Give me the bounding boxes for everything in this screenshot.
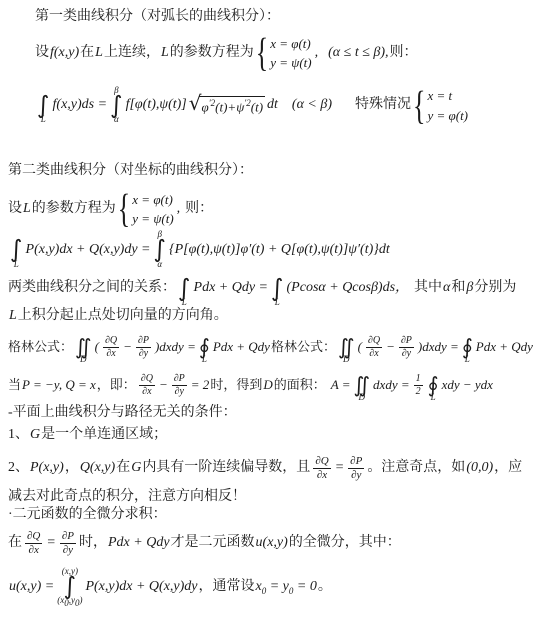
integral: ∬D [353,367,370,404]
fraction: ∂Q∂x [139,373,155,398]
math-run: A = [330,378,352,393]
integral: β∫α [154,230,167,269]
math-run: P(x,y)dx + Q(x,y)dy = [25,242,152,258]
integral-sign: ∮ [199,339,210,356]
fraction: ∂Q∂x [103,335,119,360]
math-run: − [385,340,396,355]
math-notes-page: 第一类曲线积分（对弧长的曲线积分）： 设f(x,y)在L上连续，L的参数方程为{… [0,0,558,619]
numerator: ∂Q [313,455,330,469]
math-run: P(x,y) [29,460,65,476]
case-row: y = ψ(t) [132,209,173,229]
lower-limit: L [275,298,280,308]
line-relation-continued: L上积分起止点处切向量的方向角。 [8,308,550,324]
numerator: ∂P [399,335,414,348]
math-run: (α < β) [291,97,333,113]
math-run: f(x,y)ds = [52,97,109,113]
numerator: ∂P [348,455,364,469]
text-run: 在 [80,45,94,61]
integral: ∫L [37,86,50,125]
math-run: (Pcosα + Qcosβ)ds， [286,280,411,296]
math-run: L [22,201,32,217]
math-run: )dxdy = [417,340,460,355]
numerator: ∂Q [103,335,119,348]
integral: ∬D [338,329,355,366]
left-brace-icon: { [118,189,130,229]
integral: (x,y)∫(x0,y0) [57,567,82,608]
integral-sign: ∬ [353,377,370,394]
line-sec1-title: 第一类曲线积分（对弧长的曲线积分）： [8,9,550,25]
math-run: xdy − ydx [441,378,494,393]
denominator: ∂y [349,469,363,482]
math-run: β [465,280,474,296]
text-run: 两类曲线积分之间的关系： [8,280,176,296]
fraction: ∂Q∂x [366,335,382,360]
math-run: ( [94,340,100,355]
subscript: 0 [289,586,294,596]
integral-sign: ∫ [271,279,284,298]
radicand: φ′2(t)+ψ′2(t) [199,96,265,115]
case-row: y = φ(t) [428,106,469,126]
text-run: ，通常设 [199,579,255,595]
fraction: 12 [414,373,423,398]
numerator: 1 [414,373,423,386]
math-run: Q(x,y) [79,460,116,476]
math-run: Pdx + Qdy [107,535,171,551]
lower-limit: D [80,355,87,365]
left-brace-icon: { [413,85,425,125]
math-run: Pdx + Qdy [475,340,534,355]
integral: ∮L [428,367,439,404]
integral-sign: ∮ [462,339,473,356]
denominator: ∂y [61,544,75,557]
denominator: ∂y [173,386,186,398]
math-run: α [442,280,451,296]
math-run: , [176,201,182,217]
text-run: 则： [390,45,418,61]
math-run: Pdx + Qdy [212,340,271,355]
lower-limit: α [114,115,119,125]
square-root: √φ′2(t)+ψ′2(t) [189,95,265,115]
text-run: 在 [8,535,22,551]
left-brace-icon: { [256,33,268,73]
numerator: ∂Q [366,335,382,348]
integral-sign: ∮ [428,377,439,394]
denominator: 2 [414,386,423,398]
integral: ∮L [199,329,210,366]
line-path-independence-title: -平面上曲线积分与路径无关的条件： [8,406,550,421]
denominator: ∂y [137,348,150,360]
math-run: L [8,308,18,324]
lower-limit: D [343,355,350,365]
math-run: x0 = y0 = 0 [255,579,318,596]
numerator: ∂P [136,335,151,348]
line-condition-1: 1、G是一个单连通区域； [8,427,550,443]
line-sec2-setup: 设L的参数方程为{x = φ(t)y = ψ(t),则： [8,188,550,230]
text-run: 的参数方程为 [32,201,116,217]
case-rows: x = φ(t)y = ψ(t) [270,34,311,73]
text-run: 才是二元函数 [171,535,255,551]
text-run: ，即： [97,378,136,393]
text-run: ， [65,460,79,476]
text-run: ，应 [494,460,522,476]
math-run: = [45,535,56,551]
line-sec2-formula: ∫LP(x,y)dx + Q(x,y)dy =β∫α{P[φ(t),ψ(t)]φ… [8,230,550,270]
text-run: 。注意奇点，如 [367,460,465,476]
sec2-title: 第二类曲线积分（对坐标的曲线积分）： [8,163,253,179]
denominator: ∂y [400,348,413,360]
text-run: 时， [79,535,107,551]
case-row: y = ψ(t) [270,53,311,73]
path-independence-title: -平面上曲线积分与路径无关的条件： [8,405,237,421]
integral-sign: ∬ [75,339,92,356]
lower-limit: D [359,393,366,403]
line-total-differential-condition: 在∂Q∂x=∂P∂y时，Pdx + Qdy才是二元函数u(x,y)的全微分，其中… [8,526,550,561]
text-run: 内具有一阶连续偏导数，且 [142,460,310,476]
case-rows: x = φ(t)y = ψ(t) [132,190,173,229]
text-run: 分别为 [474,280,516,296]
text-run: 的面积： [274,378,326,393]
condition-2-continued: 减去对此奇点的积分，注意方向相反！ [8,489,246,505]
text-run: 上连续， [104,45,160,61]
line-condition-2: 2、P(x,y)，Q(x,y)在G内具有一阶连续偏导数，且∂Q∂x=∂P∂y。注… [8,450,550,487]
text-run: 设 [8,201,22,217]
lower-limit: L [465,355,470,365]
case-row: x = t [428,86,469,106]
math-run: u(x,y) [255,535,289,551]
cases-group: {x = ty = φ(t) [413,86,468,125]
integral-sign: ∫ [110,96,123,115]
numerator: ∂P [60,530,76,544]
sec1-title: 第一类曲线积分（对弧长的曲线积分）： [35,9,280,25]
text-run: 的全微分，其中： [289,535,401,551]
math-run: )dxdy = [154,340,197,355]
integral: ∫L [271,269,284,308]
integral: ∫L [178,269,191,308]
cases-group: {x = φ(t)y = ψ(t) [118,190,174,229]
lower-limit: L [431,393,436,403]
math-run: (0,0) [465,460,494,476]
math-run: , [314,45,320,61]
numerator: ∂Q [25,530,42,544]
line-sec2-title: 第二类曲线积分（对坐标的曲线积分）： [8,163,550,179]
text-run: 是一个单连通区域； [41,427,167,443]
case-row: x = φ(t) [132,190,173,210]
math-run: = 2 [190,378,211,393]
fraction: ∂Q∂x [313,455,330,482]
fraction: ∂P∂y [399,335,414,360]
integral-sign: ∫ [10,240,23,259]
denominator: ∂x [315,469,329,482]
superscript: ′2 [244,98,250,108]
text-run: 2、 [8,460,29,476]
line-condition-2-continued: 减去对此奇点的积分，注意方向相反！ [8,489,550,505]
text-run: 和 [451,280,465,296]
text-run: 其中 [414,280,442,296]
lower-limit: L [14,260,19,270]
line-area-formula: 当P = −y, Q = x，即：∂Q∂x−∂P∂y= 2时，得到D的面积：A … [8,368,550,402]
math-run: L [94,45,104,61]
fraction: ∂P∂y [136,335,151,360]
text-run: 。 [318,579,332,595]
math-run: = [334,460,345,476]
math-run: G [130,460,142,476]
math-run: f[φ(t),ψ(t)] [125,97,188,113]
integral: ∮L [462,329,473,366]
text-run: 1、 [8,427,29,443]
denominator: ∂x [27,544,41,557]
integral-sign: ∫ [37,96,50,115]
text-run: 在 [116,460,130,476]
subscript: 0 [75,598,80,608]
math-run: f(x,y) [49,45,80,61]
integral: ∬D [75,329,92,366]
lower-limit: (x0,y0) [57,596,82,608]
math-run: L [160,45,170,61]
text-run: 的参数方程为 [170,45,254,61]
math-run: (α ≤ t ≤ β), [327,45,389,61]
integral-sign: ∫ [154,240,167,259]
line-total-differential-formula: u(x,y) =(x,y)∫(x0,y0)P(x,y)dx + Q(x,y)dy… [8,563,550,612]
subscript: 0 [64,598,69,608]
integral-sign: ∫ [64,577,77,596]
math-run: D [262,378,273,393]
math-run: Pdx + Qdy = [193,280,269,296]
integral-sign: ∫ [178,279,191,298]
lower-limit: L [41,115,46,125]
subscript: 0 [262,586,267,596]
text-run: 设 [35,45,49,61]
text-run: 特殊情况 [355,97,411,113]
integral-sign: ∬ [338,339,355,356]
numerator: ∂Q [139,373,155,386]
math-run: G [29,427,41,443]
math-run: u(x,y) = [8,579,55,595]
denominator: ∂x [367,348,380,360]
integral: ∫L [10,230,23,269]
fraction: ∂P∂y [348,455,364,482]
integral: β∫α [110,86,123,125]
math-run: {P[φ(t),ψ(t)]φ′(t) + Q[φ(t),ψ(t)]ψ′(t)}d… [168,242,391,258]
denominator: ∂x [104,348,117,360]
math-run: dxdy = [372,378,411,393]
math-run: dt [266,97,279,113]
text-run: 格林公式： [8,340,73,355]
lower-limit: L [202,355,207,365]
line-sec1-formula: ∫Lf(x,y)ds =β∫αf[φ(t),ψ(t)]√φ′2(t)+ψ′2(t… [8,83,550,128]
fraction: ∂P∂y [60,530,76,557]
total-differential-title: ·二元函数的全微分求积： [8,507,167,523]
text-run: 当 [8,378,21,393]
line-sec1-setup: 设f(x,y)在L上连续，L的参数方程为{x = φ(t)y = ψ(t),(α… [8,33,550,73]
fraction: ∂Q∂x [25,530,42,557]
line-green-formula: 格林公式：∬D(∂Q∂x−∂P∂y)dxdy =∮LPdx + Qdy格林公式：… [8,328,550,366]
text-run: 则： [185,201,213,217]
math-run: ( [357,340,363,355]
lower-limit: α [157,260,162,270]
math-run: P = −y, Q = x [21,378,97,393]
cases-group: {x = φ(t)y = ψ(t) [256,34,312,73]
text-run: 上积分起止点处切向量的方向角。 [18,308,228,324]
line-total-differential-title: ·二元函数的全微分求积： [8,507,550,523]
lower-limit: L [182,298,187,308]
fraction: ∂P∂y [172,373,187,398]
numerator: ∂P [172,373,187,386]
text-run: 格林公式： [271,340,336,355]
text-run: 时，得到 [210,378,262,393]
math-run: P(x,y)dx + Q(x,y)dy [84,579,198,595]
math-run: − [122,340,133,355]
line-relation: 两类曲线积分之间的关系：∫LPdx + Qdy =∫L(Pcosα + Qcos… [8,272,550,305]
case-row: x = φ(t) [270,34,311,54]
denominator: ∂x [140,386,153,398]
superscript: ′2 [209,98,215,108]
case-rows: x = ty = φ(t) [428,86,469,125]
math-run: − [158,378,169,393]
